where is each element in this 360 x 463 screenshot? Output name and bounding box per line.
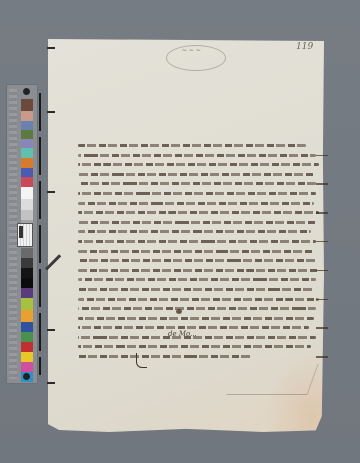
margin-tick-mark [47, 47, 55, 49]
stamp-notation: illegible short notation inside oval sta… [182, 47, 201, 54]
manuscript-line [78, 227, 326, 237]
color-calibration-target [6, 84, 38, 384]
handwriting-stroke [78, 230, 311, 233]
line-end-flourish [316, 241, 328, 243]
target-ruler-rail [9, 89, 17, 379]
swatch-black [21, 268, 33, 278]
handwriting-stroke [78, 269, 319, 272]
swatch-magenta [21, 362, 33, 372]
handwriting-stroke [78, 211, 319, 214]
manuscript-line [78, 304, 326, 314]
manuscript-line [78, 237, 326, 247]
swatch-purple [21, 288, 33, 298]
swatch-blue-flower [21, 139, 33, 148]
swatch-neutral-8 [21, 199, 33, 210]
swatch-white [21, 187, 33, 199]
swatch-orange [21, 158, 33, 168]
margin-tick-mark [47, 329, 55, 331]
swatch-neutral-6.5 [21, 210, 33, 220]
handwriting-stroke [78, 317, 314, 320]
manuscript-line [78, 285, 326, 295]
handwriting-stroke [78, 259, 316, 262]
handwriting-stroke [78, 182, 316, 185]
swatch-light-skin [21, 111, 33, 121]
manuscript-line [78, 218, 326, 228]
signature-rubric [226, 364, 318, 395]
manuscript-body-text: Body text largely illegible at this reso… [78, 141, 326, 362]
handwriting-stroke [78, 250, 314, 253]
handwriting-stroke [78, 298, 319, 301]
handwriting-stroke [78, 202, 314, 205]
swatch-black-2 [21, 278, 33, 288]
handwriting-stroke [78, 326, 309, 329]
folio-number: 119 [296, 42, 313, 52]
margin-tick-mark [47, 382, 55, 384]
manuscript-line [78, 266, 326, 276]
manuscript-line [78, 275, 326, 285]
margin-tick-mark [47, 111, 55, 113]
line-end-flourish [316, 183, 328, 185]
swatch-bluish-green [21, 148, 33, 158]
swatch-orange-yellow [21, 310, 33, 322]
swatch-purplish-blue [21, 168, 33, 177]
scale-ruler [39, 93, 41, 375]
manuscript-line [78, 160, 326, 170]
manuscript-line [78, 342, 326, 352]
handwriting-stroke [78, 307, 316, 310]
manuscript-line [78, 151, 326, 161]
swatch-yellow [21, 352, 33, 362]
manuscript-line [78, 256, 326, 266]
manuscript-line [78, 314, 326, 324]
swatch-red [21, 342, 33, 352]
swatch-blue [21, 322, 33, 332]
manuscript-line [78, 295, 326, 305]
handwriting-stroke [78, 240, 316, 243]
manuscript-line [78, 189, 326, 199]
swatch-yellow-green [21, 298, 33, 310]
handwriting-stroke [78, 154, 316, 157]
closing-formula: de Mo... [168, 330, 208, 340]
handwriting-stroke [78, 288, 314, 291]
line-end-flourish [316, 299, 328, 301]
handwriting-stroke [78, 345, 311, 348]
manuscript-line [78, 208, 326, 218]
manuscript-line [78, 199, 326, 209]
handwriting-stroke [78, 278, 316, 281]
swatch-foliage [21, 130, 33, 139]
swatch-moderate-red [21, 177, 33, 187]
handwriting-stroke [78, 144, 306, 147]
swatch-blue-sky [21, 121, 33, 130]
manuscript-line [78, 179, 326, 189]
target-hole-top [23, 88, 30, 95]
manuscript-line [78, 141, 326, 151]
target-hole-bottom [23, 373, 30, 380]
handwriting-stroke [78, 221, 316, 224]
handwriting-stroke [78, 192, 316, 195]
line-end-flourish [316, 270, 328, 272]
line-end-flourish [316, 155, 328, 157]
handwriting-stroke [78, 173, 314, 176]
handwriting-stroke [78, 163, 319, 166]
target-barcode-label [17, 223, 33, 247]
swatch-green [21, 332, 33, 342]
swatch-neutral-2 [21, 258, 33, 268]
ink-blot [176, 309, 182, 314]
swatch-brown [21, 99, 33, 111]
line-end-flourish [316, 327, 328, 329]
manuscript-line [78, 170, 326, 180]
manuscript-line [78, 247, 326, 257]
line-end-flourish [316, 212, 328, 214]
swatch-neutral-3.5 [21, 248, 33, 258]
line-end-flourish [316, 356, 328, 358]
margin-tick-mark [47, 191, 55, 193]
